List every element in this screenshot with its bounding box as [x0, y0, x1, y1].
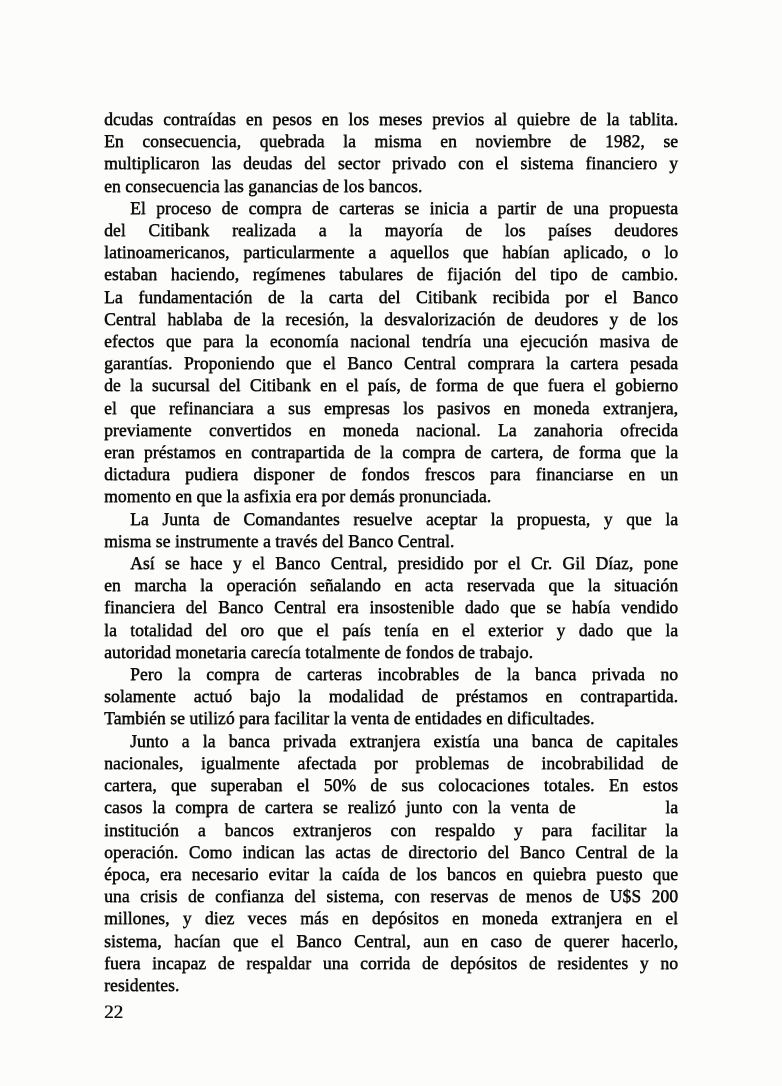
text-line: Central hablaba de la recesión, la desva…	[104, 308, 678, 330]
text-line: previamente convertidos en moneda nacion…	[104, 419, 678, 441]
text-line: También se utilizó para facilitar la ven…	[104, 707, 678, 729]
text-line: latinoamericanos, particularmente a aque…	[104, 241, 678, 263]
text-line: del Citibank realizada a la mayoría de l…	[104, 219, 678, 241]
text-line: garantías. Proponiendo que el Banco Cent…	[104, 352, 678, 374]
text-line: solamente actuó bajo la modalidad de pré…	[104, 685, 678, 707]
paragraph: dcudas contraídas en pesos en los meses …	[104, 108, 678, 197]
text-line: misma se instrumente a través del Banco …	[104, 530, 678, 552]
paragraph: El proceso de compra de carteras se inic…	[104, 197, 678, 508]
text-line: El proceso de compra de carteras se inic…	[104, 197, 678, 219]
text-line: eran préstamos en contrapartida de la co…	[104, 441, 678, 463]
text-line: dcudas contraídas en pesos en los meses …	[104, 108, 678, 130]
page-number: 22	[104, 1002, 123, 1024]
text-line: época, era necesario evitar la caída de …	[104, 863, 678, 885]
text-line: institución a bancos extranjeros con res…	[104, 819, 678, 841]
text-line: En consecuencia, quebrada la misma en no…	[104, 130, 678, 152]
text-line: Junto a la banca privada extranjera exis…	[104, 730, 678, 752]
text-line: en consecuencia las ganancias de los ban…	[104, 175, 678, 197]
text-line: dictadura pudiera disponer de fondos fre…	[104, 463, 678, 485]
text-line: La fundamentación de la carta del Citiba…	[104, 286, 678, 308]
text-line: residentes.	[104, 974, 678, 996]
text-line: operación. Como indican las actas de dir…	[104, 841, 678, 863]
text-line: nacionales, igualmente afectada por prob…	[104, 752, 678, 774]
text-line: cartera, que superaban el 50% de sus col…	[104, 774, 678, 796]
paragraph: Junto a la banca privada extranjera exis…	[104, 730, 678, 996]
paragraph: La Junta de Comandantes resuelve aceptar…	[104, 508, 678, 552]
text-line: millones, y diez veces más en depósitos …	[104, 907, 678, 929]
scanned-book-page: dcudas contraídas en pesos en los meses …	[0, 0, 782, 1086]
text-line: el que refinanciara a sus empresas los p…	[104, 397, 678, 419]
text-line: casos la compra de cartera se realizó ju…	[104, 796, 678, 818]
text-line: La Junta de Comandantes resuelve aceptar…	[104, 508, 678, 530]
text-line: Así se hace y el Banco Central, presidid…	[104, 552, 678, 574]
text-line: una crisis de confianza del sistema, con…	[104, 885, 678, 907]
text-line: estaban haciendo, regímenes tabulares de…	[104, 263, 678, 285]
text-line: fuera incapaz de respaldar una corrida d…	[104, 952, 678, 974]
text-line: momento en que la asfixia era por demás …	[104, 485, 678, 507]
paragraph: Pero la compra de carteras incobrables d…	[104, 663, 678, 730]
paragraph: Así se hace y el Banco Central, presidid…	[104, 552, 678, 663]
text-line: la totalidad del oro que el país tenía e…	[104, 619, 678, 641]
text-line: efectos que para la economía nacional te…	[104, 330, 678, 352]
text-block: dcudas contraídas en pesos en los meses …	[104, 108, 678, 996]
text-line: de la sucursal del Citibank en el país, …	[104, 374, 678, 396]
text-line: en marcha la operación señalando en acta…	[104, 574, 678, 596]
text-line: Pero la compra de carteras incobrables d…	[104, 663, 678, 685]
text-line: autoridad monetaria carecía totalmente d…	[104, 641, 678, 663]
text-line: financiera del Banco Central era insoste…	[104, 596, 678, 618]
text-line: multiplicaron las deudas del sector priv…	[104, 152, 678, 174]
text-line: sistema, hacían que el Banco Central, au…	[104, 930, 678, 952]
